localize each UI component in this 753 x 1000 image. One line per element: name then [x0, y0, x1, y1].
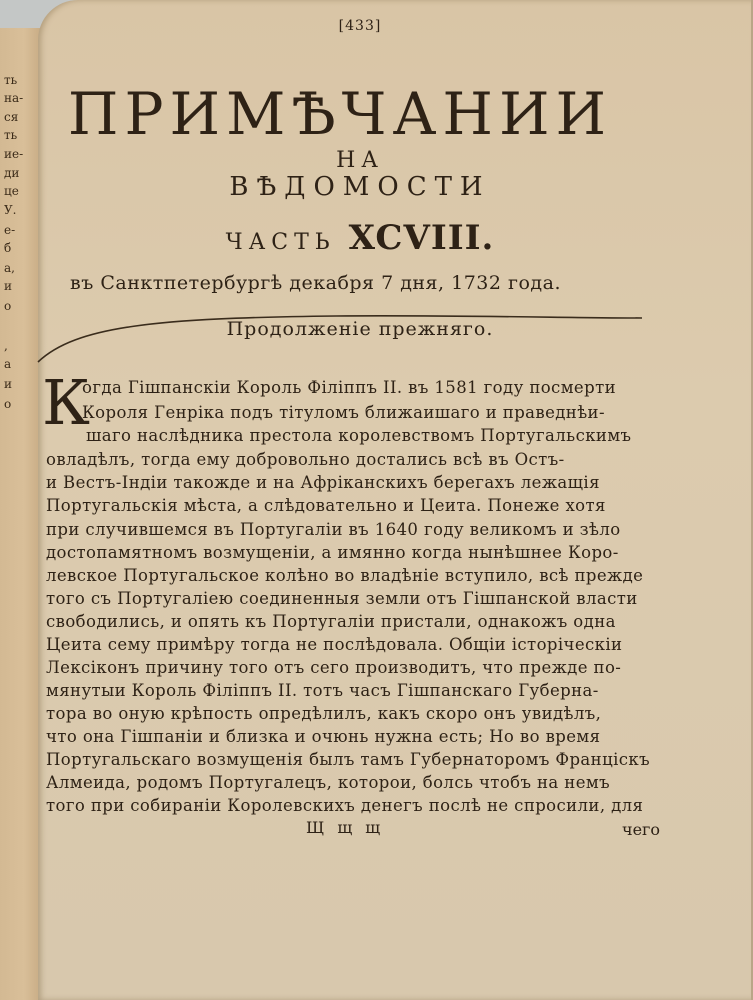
prev-page-fragment: ся	[4, 111, 18, 123]
text-line: Алмеида, родомъ Португалецъ, которои, бо…	[46, 775, 610, 792]
text-line: огда Гішпанскіи Король Філіппъ II. въ 15…	[82, 380, 616, 397]
text-line: овладѣлъ, тогда ему добровольно досталис…	[46, 452, 565, 469]
prev-page-fragment: а,	[4, 262, 15, 274]
prev-page-fragment: ,	[4, 340, 8, 352]
title-subject: ВѢДОМОСТИ	[150, 172, 570, 202]
text-line: при случившемся въ Португаліи въ 1640 го…	[46, 522, 621, 539]
text-line: Короля Генріка подъ тітуломъ ближаишаго …	[82, 405, 605, 422]
prev-page-fragment: и	[4, 280, 12, 292]
text-line: достопамятномъ возмущеніи, а имянно когд…	[46, 545, 619, 562]
signature-mark: Щ щ щ	[306, 818, 384, 837]
text-line: Лексіконъ причину того отъ сего производ…	[46, 660, 621, 677]
text-line: свободились, и опять къ Португаліи прист…	[46, 614, 616, 631]
prev-page-fragment: це	[4, 185, 19, 197]
text-line: того съ Португаліею соединенныя земли от…	[46, 591, 638, 608]
text-line: левское Португальское колѣно во владѣніе…	[46, 568, 643, 585]
part-heading: ЧАСТЬ XCVIII.	[150, 218, 570, 258]
text-line: мянутыи Король Філіппъ II. тотъ часъ Гіш…	[46, 683, 599, 700]
text-line: того при собираніи Королевскихъ денегъ п…	[46, 798, 643, 815]
part-number: XCVIII.	[349, 218, 495, 258]
catchword: чего	[622, 820, 660, 839]
page-title: ПРИМѢЧАНИИ	[60, 80, 620, 148]
prev-page-fragment: а	[4, 358, 11, 370]
section-subtitle: Продолженіе прежняго.	[150, 318, 570, 340]
text-line: Португальскаго возмущенія былъ тамъ Губе…	[46, 752, 650, 769]
prev-page-fragment: ть	[4, 129, 17, 141]
prev-page-fragment: е-	[4, 224, 15, 236]
prev-page-fragment: ие-	[4, 148, 23, 160]
prev-page-fragment: на-	[4, 92, 23, 104]
prev-page-fragment: У.	[4, 204, 17, 216]
text-line: Цеита сему примѣру тогда не послѣдовала.…	[46, 637, 622, 654]
text-line: и Вестъ-Індіи такожде и на Афріканскихъ …	[46, 475, 600, 492]
text-line: что она Гішпаніи и близка и очюнь нужна …	[46, 729, 600, 746]
title-preposition: НА	[150, 148, 570, 173]
page-number: [433]	[150, 18, 570, 34]
prev-page-fragment: ть	[4, 74, 17, 86]
prev-page-fragment: о	[4, 300, 11, 312]
prev-page-fragment: ди	[4, 167, 19, 179]
text-line: Португальскія мѣста, а слѣдовательно и Ц…	[46, 498, 606, 515]
dateline: въ Санктпетербургѣ декабря 7 дня, 1732 г…	[70, 272, 630, 294]
text-line: тора во оную крѣпость опредѣлилъ, какъ с…	[46, 706, 601, 723]
prev-page-fragment: б	[4, 242, 11, 254]
part-label: ЧАСТЬ	[226, 230, 336, 255]
prev-page-fragment: о	[4, 398, 11, 410]
prev-page-fragment: и	[4, 378, 12, 390]
text-line: шаго наслѣдника престола королевствомъ П…	[86, 428, 631, 445]
previous-page-edge: ть на- ся ть ие- ди це У. е- б а, и о , …	[0, 28, 40, 1000]
